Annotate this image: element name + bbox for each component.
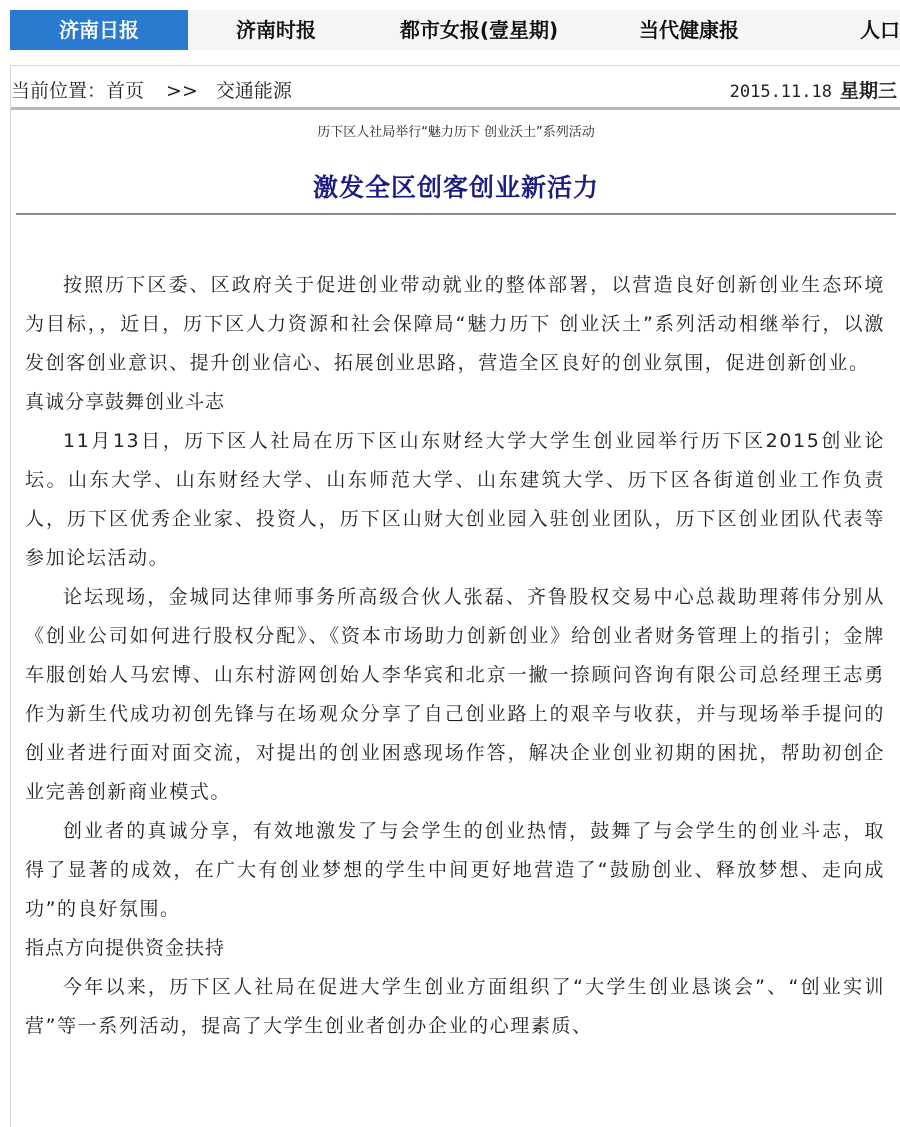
breadcrumb-section-link[interactable]: 交通能源 <box>216 80 292 102</box>
date-value: 2015.11.18 <box>730 82 832 102</box>
breadcrumb-separator: >> <box>166 80 198 102</box>
section-heading: 真诚分享鼓舞创业斗志 <box>25 383 885 422</box>
breadcrumb-prefix: 当前位置： <box>11 80 106 102</box>
date-weekday: 星期三 <box>840 80 897 102</box>
article-frame: 当前位置：首页>>交通能源 2015.11.18星期三 历下区人社局举行“魅力历… <box>10 65 900 1127</box>
newspaper-nav: 济南日报 济南时报 都市女报(壹星期) 当代健康报 人口 <box>10 10 900 50</box>
article-title: 激发全区创客创业新活力 <box>11 168 900 204</box>
article-paragraph: 创业者的真诚分享，有效地激发了与会学生的创业热情，鼓舞了与会学生的创业斗志，取得… <box>25 812 885 929</box>
nav-tab-jinan-daily[interactable]: 济南日报 <box>10 10 188 50</box>
nav-tab-city-women[interactable]: 都市女报(壹星期) <box>364 10 594 50</box>
nav-tab-jinan-times[interactable]: 济南时报 <box>188 10 364 50</box>
article-paragraph: 按照历下区委、区政府关于促进创业带动就业的整体部署，以营造良好创新创业生态环境为… <box>25 266 885 383</box>
article-paragraph: 11月13日，历下区人社局在历下区山东财经大学大学生创业园举行历下区2015创业… <box>25 422 885 578</box>
nav-tab-population[interactable]: 人口 <box>784 10 900 50</box>
section-heading: 指点方向提供资金扶持 <box>25 929 885 968</box>
article-paragraph: 论坛现场，金城同达律师事务所高级合伙人张磊、齐鲁股权交易中心总裁助理蒋伟分别从《… <box>25 578 885 812</box>
breadcrumb-home-link[interactable]: 首页 <box>106 80 144 102</box>
breadcrumb: 当前位置：首页>>交通能源 <box>11 76 292 103</box>
article-paragraph: 今年以来，历下区人社局在促进大学生创业方面组织了“大学生创业恳谈会”、“创业实训… <box>25 968 885 1046</box>
nav-tab-health[interactable]: 当代健康报 <box>594 10 784 50</box>
breadcrumb-bar: 当前位置：首页>>交通能源 2015.11.18星期三 <box>11 66 900 110</box>
article-body: 按照历下区委、区政府关于促进创业带动就业的整体部署，以营造良好创新创业生态环境为… <box>25 266 885 1046</box>
title-divider <box>16 213 896 215</box>
article-subtitle: 历下区人社局举行“魅力历下 创业沃土”系列活动 <box>11 121 900 140</box>
issue-date: 2015.11.18星期三 <box>730 76 897 103</box>
